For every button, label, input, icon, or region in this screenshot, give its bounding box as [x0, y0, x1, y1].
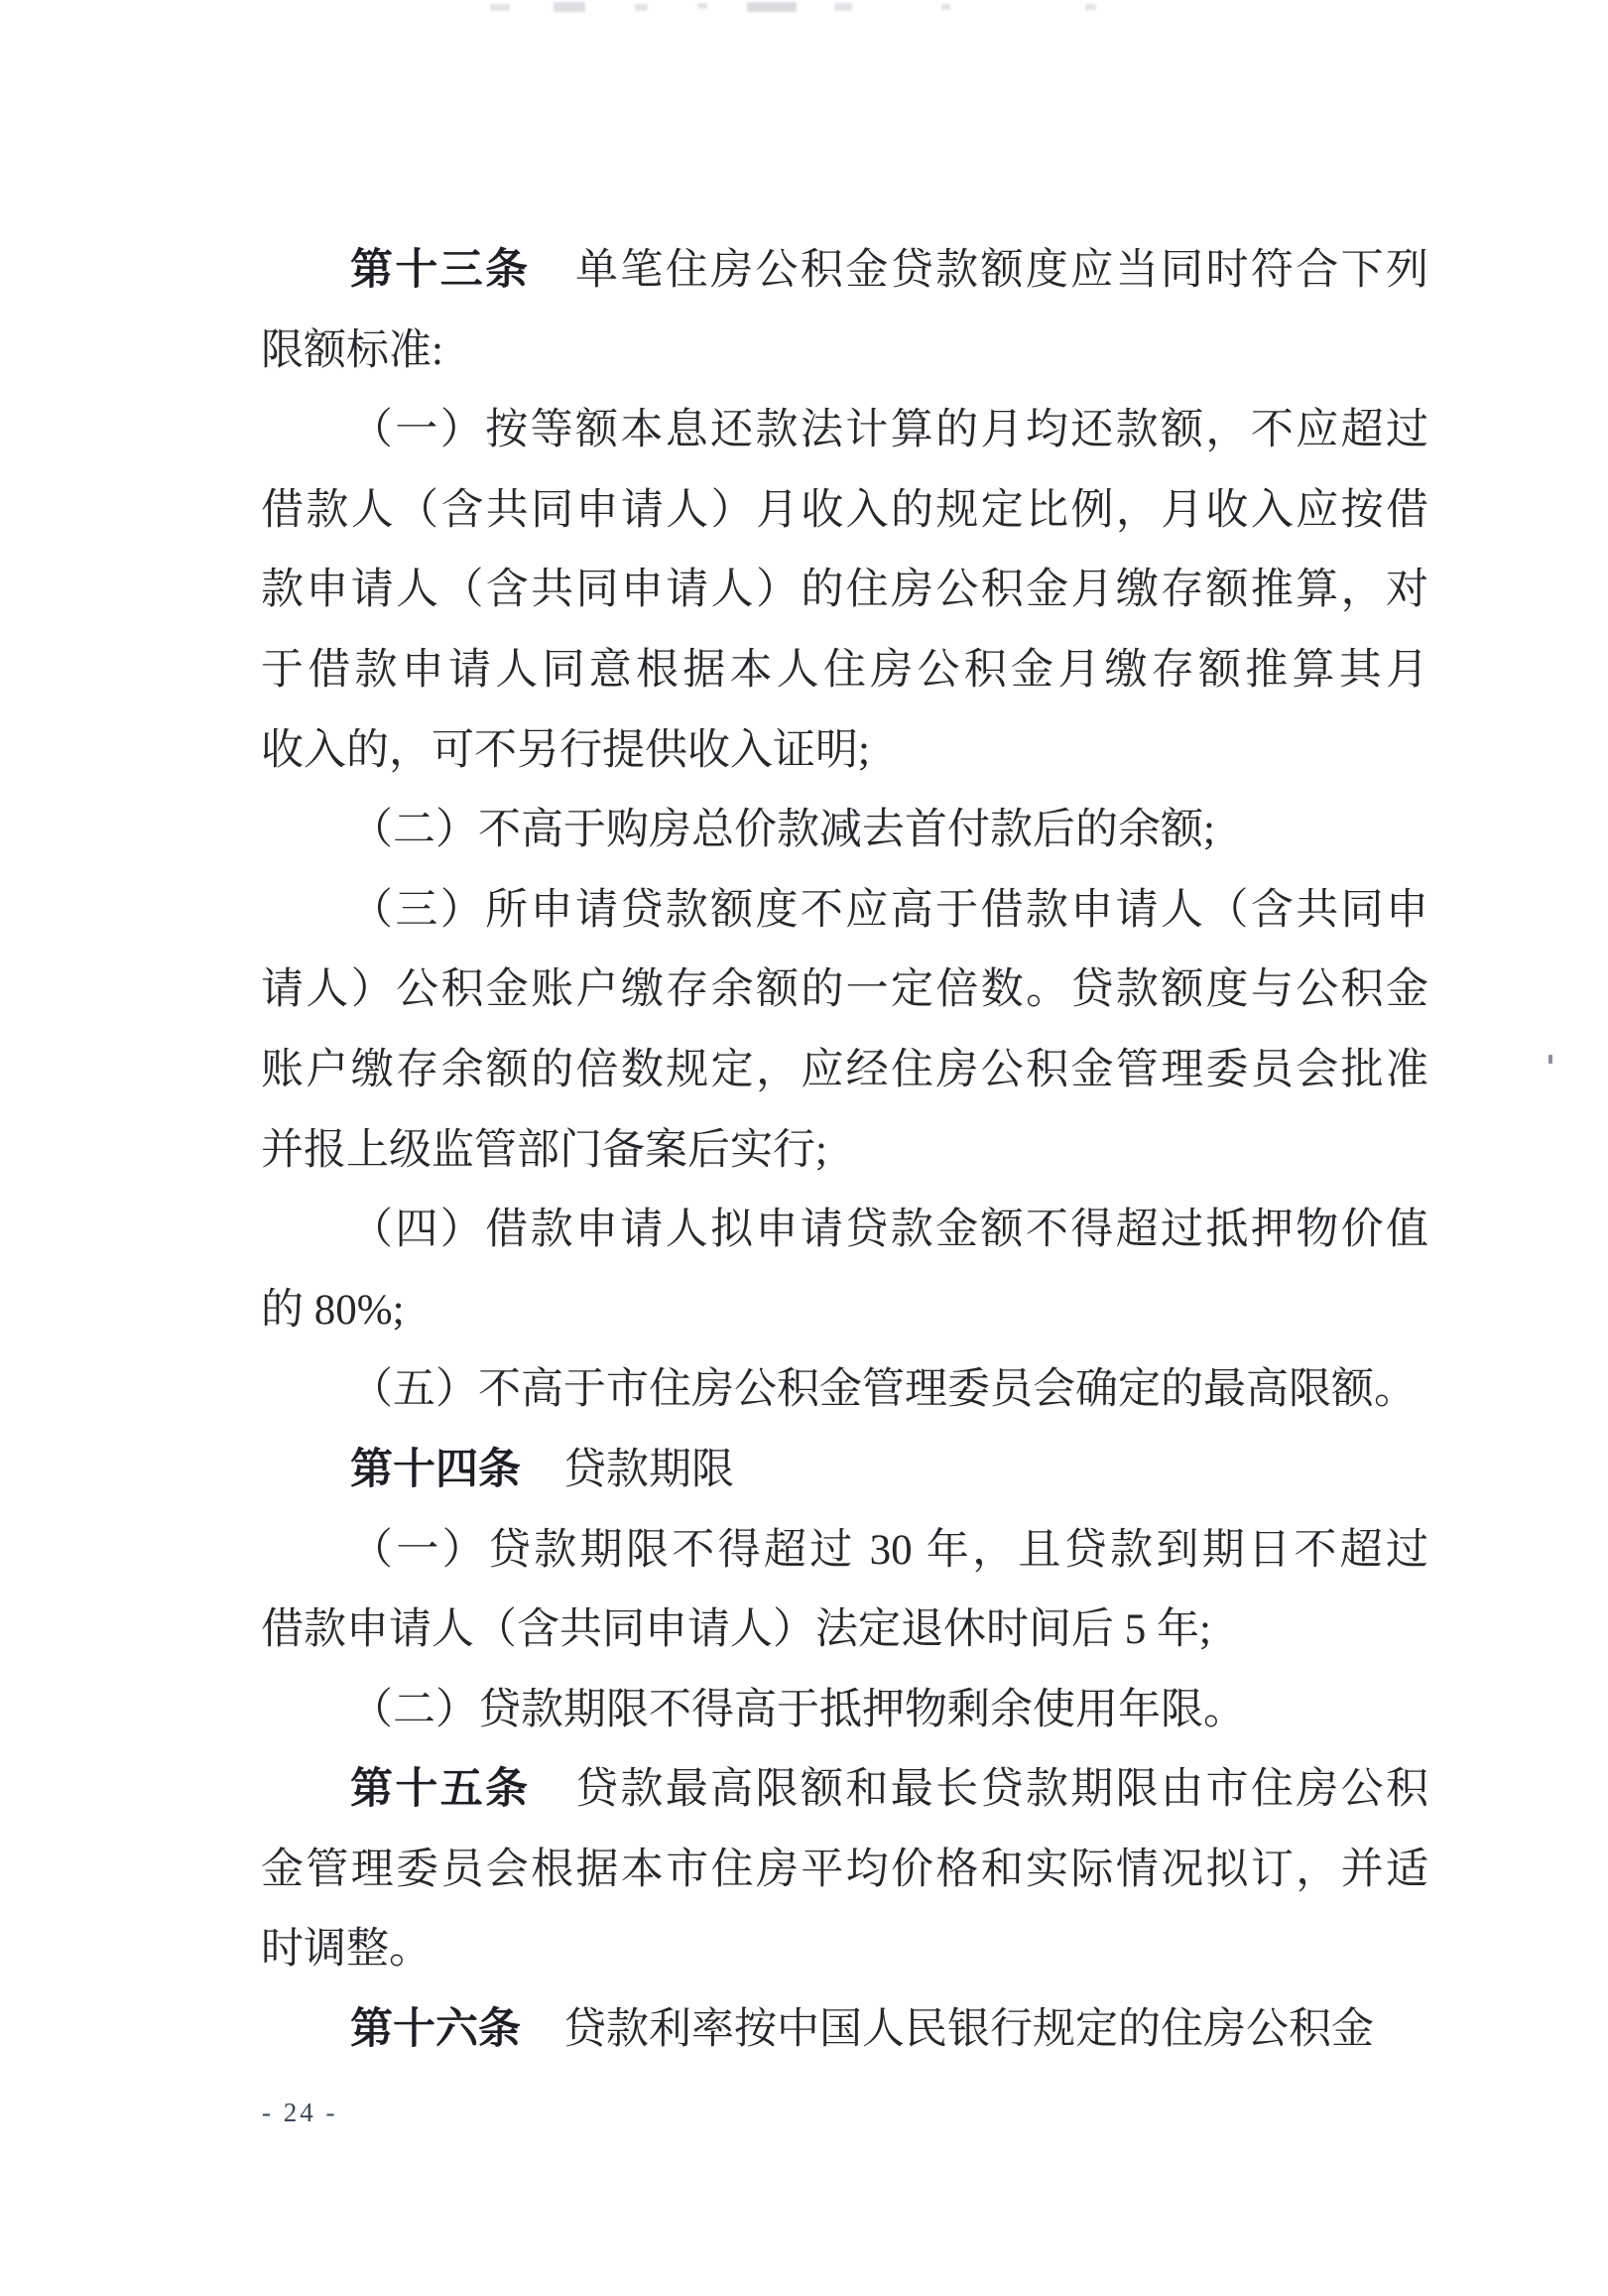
text-line: （四）借款申请人拟申请贷款金额不得超过抵押物价值: [261, 1191, 1428, 1271]
text-line: 款申请人（含共同申请人）的住房公积金月缴存额推算，对: [261, 551, 1428, 631]
document-page: 第十三条 单笔住房公积金贷款额度应当同时符合下列限额标准:（一）按等额本息还款法…: [0, 0, 1608, 2296]
text-line: 于借款申请人同意根据本人住房公积金月缴存额推算其月: [261, 631, 1428, 711]
text-segment: 的 80%;: [261, 1287, 405, 1334]
text-segment: 单笔住房公积金贷款额度应当同时符合下列: [531, 247, 1428, 294]
text-line: （五）不高于市住房公积金管理委员会确定的最高限额。: [261, 1350, 1428, 1431]
page-number: - 24 -: [262, 2098, 337, 2128]
article-number: 第十五条: [350, 1766, 531, 1813]
text-segment: 贷款期限: [521, 1447, 734, 1493]
text-segment: （二）贷款期限不得高于抵押物剩余使用年限。: [350, 1687, 1246, 1733]
text-segment: （二）不高于购房总价款减去首付款后的余额;: [350, 807, 1215, 853]
text-segment: 贷款利率按中国人民银行规定的住房公积金: [521, 2006, 1374, 2053]
text-segment: 账户缴存余额的倍数规定，应经住房公积金管理委员会批准: [261, 1047, 1428, 1093]
text-segment: 借款人（含共同申请人）月收入的规定比例，月收入应按借: [261, 487, 1428, 534]
text-segment: 金管理委员会根据本市住房平均价格和实际情况拟订，并适: [261, 1847, 1428, 1893]
text-line: （三）所申请贷款额度不应高于借款申请人（含共同申: [261, 871, 1428, 952]
text-segment: 款申请人（含共同申请人）的住房公积金月缴存额推算，对: [261, 567, 1428, 613]
text-segment: 时调整。: [261, 1926, 432, 1973]
text-line: 第十四条 贷款期限: [261, 1431, 1428, 1511]
text-line: 收入的，可不另行提供收入证明;: [261, 711, 1428, 792]
scan-artifact: [554, 2, 585, 12]
scan-artifact: [490, 4, 510, 11]
scan-speck: [1548, 1055, 1552, 1064]
text-line: 账户缴存余额的倍数规定，应经住房公积金管理委员会批准: [261, 1031, 1428, 1111]
text-line: 限额标准:: [261, 312, 1428, 392]
text-line: （一）按等额本息还款法计算的月均还款额，不应超过: [261, 391, 1428, 471]
text-line: 第十六条 贷款利率按中国人民银行规定的住房公积金: [261, 1990, 1428, 2071]
text-line: 时调整。: [261, 1910, 1428, 1990]
text-segment: 并报上级监管部门备案后实行;: [261, 1127, 827, 1174]
text-segment: 请人）公积金账户缴存余额的一定倍数。贷款额度与公积金: [261, 966, 1428, 1013]
text-line: （一）贷款期限不得超过 30 年，且贷款到期日不超过: [261, 1511, 1428, 1592]
scan-artifact: [834, 3, 852, 11]
text-segment: 借款申请人（含共同申请人）法定退休时间后 5 年;: [261, 1606, 1211, 1653]
text-segment: 收入的，可不另行提供收入证明;: [261, 727, 870, 774]
text-line: 金管理委员会根据本市住房平均价格和实际情况拟订，并适: [261, 1831, 1428, 1911]
text-line: 第十三条 单笔住房公积金贷款额度应当同时符合下列: [261, 231, 1428, 312]
text-segment: （四）借款申请人拟申请贷款金额不得超过抵押物价值: [350, 1207, 1428, 1253]
text-line: 借款申请人（含共同申请人）法定退休时间后 5 年;: [261, 1591, 1428, 1671]
article-number: 第十六条: [350, 2006, 521, 2053]
text-line: 并报上级监管部门备案后实行;: [261, 1111, 1428, 1192]
text-line: 第十五条 贷款最高限额和最长贷款期限由市住房公积: [261, 1750, 1428, 1831]
text-line: （二）贷款期限不得高于抵押物剩余使用年限。: [261, 1671, 1428, 1751]
text-segment: （五）不高于市住房公积金管理委员会确定的最高限额。: [350, 1366, 1417, 1413]
text-line: 的 80%;: [261, 1271, 1428, 1351]
article-number: 第十三条: [350, 247, 531, 294]
text-segment: （三）所申请贷款额度不应高于借款申请人（含共同申: [350, 887, 1428, 934]
text-segment: （一）贷款期限不得超过 30 年，且贷款到期日不超过: [350, 1527, 1428, 1574]
text-line: 请人）公积金账户缴存余额的一定倍数。贷款额度与公积金: [261, 951, 1428, 1031]
scan-artifact: [1085, 4, 1096, 10]
article-number: 第十四条: [350, 1447, 521, 1493]
scan-artifact: [941, 4, 950, 10]
scan-artifact: [697, 3, 707, 9]
text-line: （二）不高于购房总价款减去首付款后的余额;: [261, 791, 1428, 871]
text-line: 借款人（含共同申请人）月收入的规定比例，月收入应按借: [261, 471, 1428, 552]
text-segment: 限额标准:: [261, 327, 443, 374]
scan-artifact: [635, 4, 648, 11]
text-segment: 贷款最高限额和最长贷款期限由市住房公积: [531, 1766, 1428, 1813]
scan-artifact: [747, 2, 797, 12]
text-segment: 于借款申请人同意根据本人住房公积金月缴存额推算其月: [261, 647, 1428, 694]
text-segment: （一）按等额本息还款法计算的月均还款额，不应超过: [350, 407, 1428, 453]
document-body: 第十三条 单笔住房公积金贷款额度应当同时符合下列限额标准:（一）按等额本息还款法…: [261, 231, 1428, 2071]
